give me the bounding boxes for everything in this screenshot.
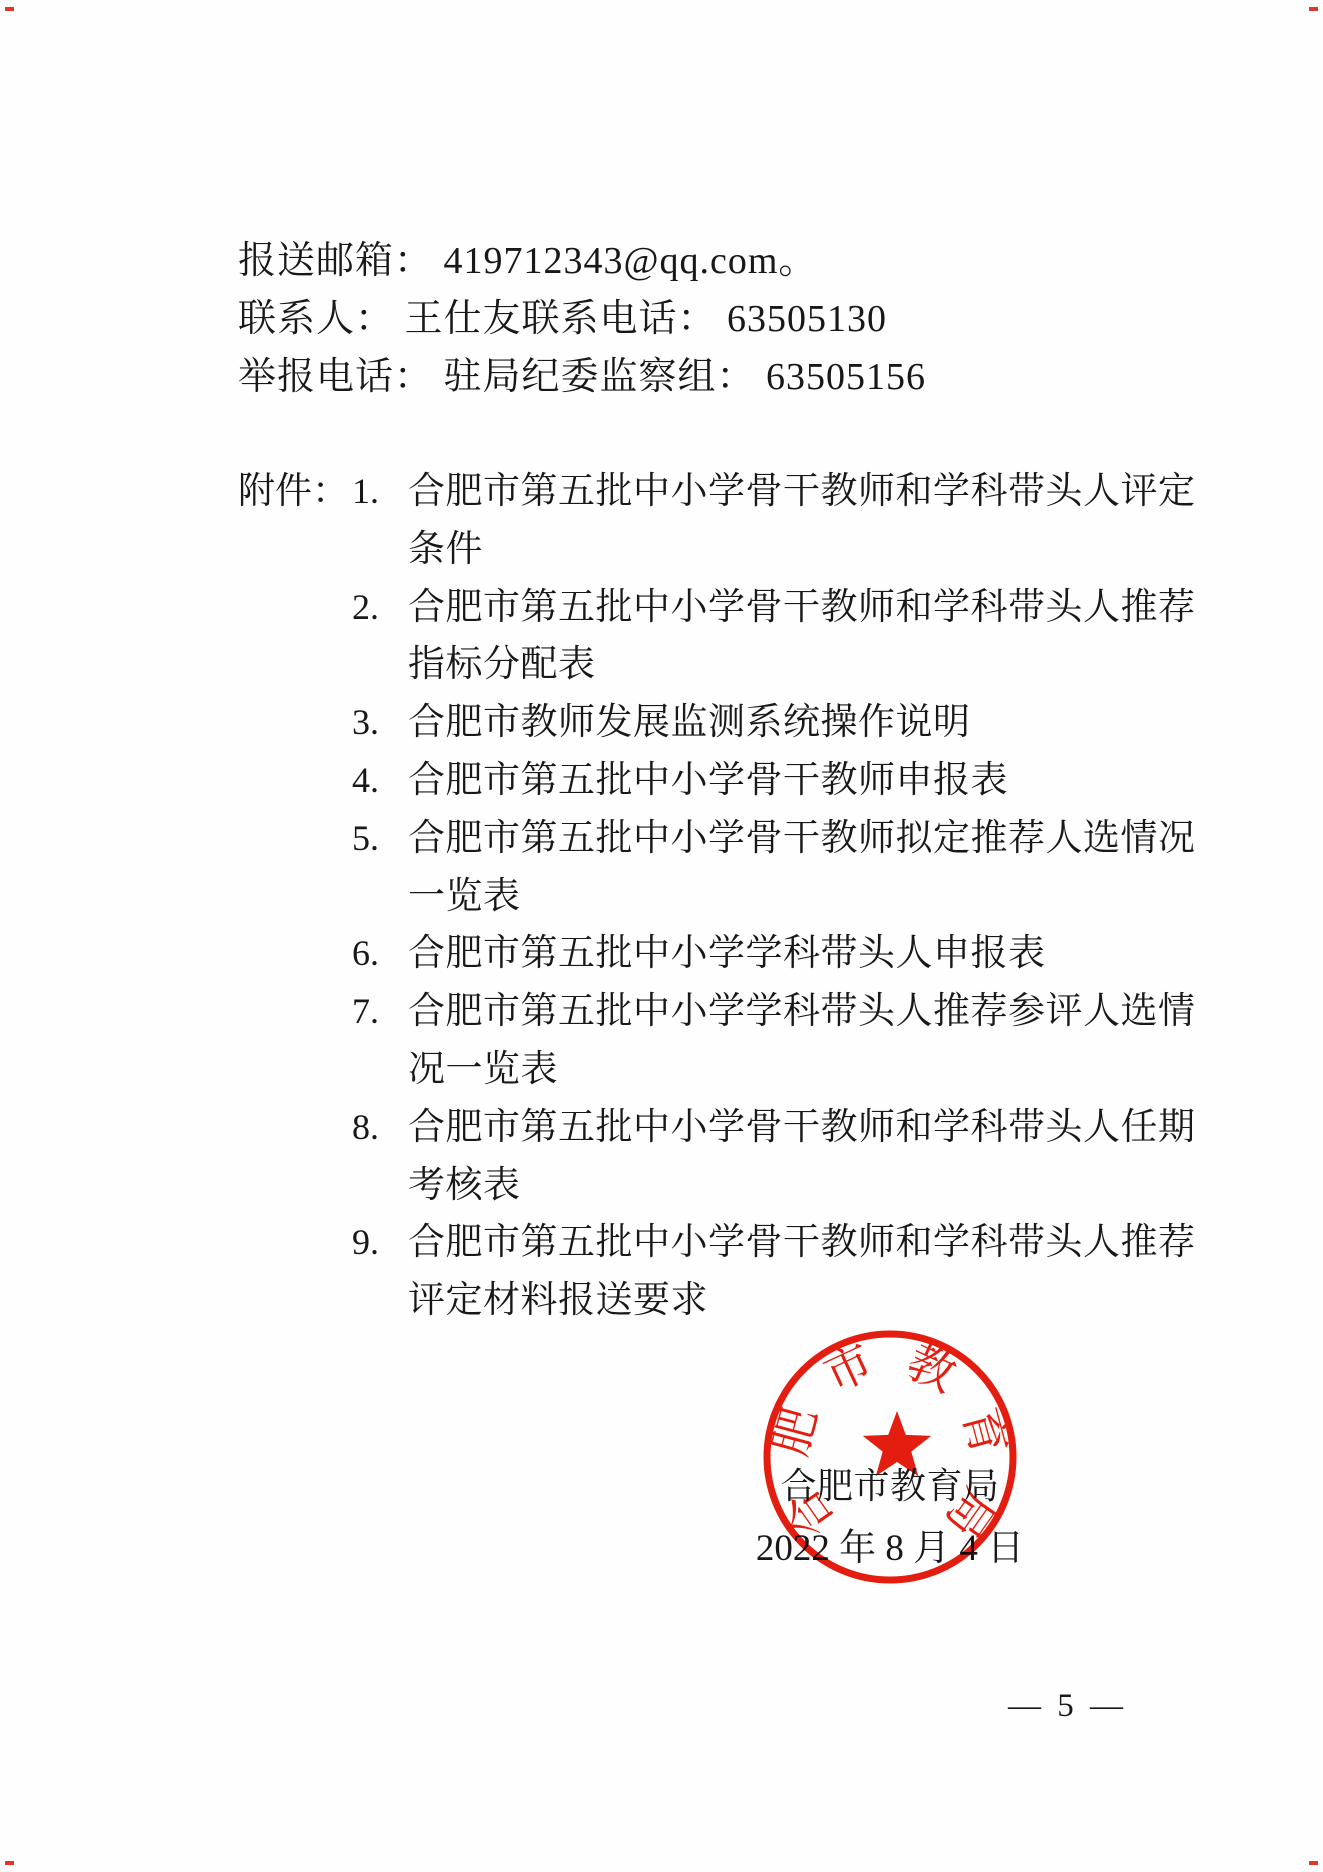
attachment-text: 合肥市第五批中小学骨干教师拟定推荐人选情况: [408, 818, 1196, 859]
page-number: — 5 —: [1008, 1688, 1127, 1725]
attachment-row: 9.合肥市第五批中小学骨干教师和学科带头人推荐: [352, 1214, 1196, 1272]
attachment-text: 合肥市第五批中小学骨干教师和学科带头人推荐: [408, 587, 1196, 628]
seal-star-icon: [863, 1411, 931, 1476]
attachment-row: 况一览表: [352, 1041, 1196, 1099]
contact-line-person: 联系人： 王仕友联系电话： 63505130: [238, 290, 926, 348]
attachments-label: 附件：: [238, 463, 349, 521]
attachment-text: 评定材料报送要求: [408, 1280, 708, 1321]
attachment-row: 1.合肥市第五批中小学骨干教师和学科带头人评定: [352, 463, 1196, 521]
corner-mark: [1309, 7, 1318, 11]
attachment-number: 1.: [352, 463, 408, 521]
attachment-number: 7.: [352, 983, 408, 1041]
attachment-number: 5.: [352, 810, 408, 868]
attachment-text: 合肥市第五批中小学骨干教师和学科带头人推荐: [408, 1222, 1196, 1263]
corner-mark: [1309, 1861, 1318, 1865]
seal-arc-char: 局: [935, 1479, 1005, 1547]
attachment-number: 4.: [352, 752, 408, 810]
attachment-text: 考核表: [408, 1165, 521, 1206]
attachment-row: 4.合肥市第五批中小学骨干教师申报表: [352, 752, 1196, 810]
seal-arc-char: 合: [776, 1479, 846, 1547]
corner-mark: [5, 1861, 14, 1865]
contact-block: 报送邮箱： 419712343@qq.com。 联系人： 王仕友联系电话： 63…: [238, 232, 926, 406]
attachment-text: 况一览表: [408, 1049, 558, 1090]
seal-arc-char: 育: [953, 1402, 1015, 1461]
seal-arc-char: 教: [899, 1336, 964, 1403]
attachments-list: 1.合肥市第五批中小学骨干教师和学科带头人评定 条件 2.合肥市第五批中小学骨干…: [352, 463, 1196, 1330]
attachment-row: 一览表: [352, 868, 1196, 926]
attachment-text: 合肥市第五批中小学学科带头人申报表: [408, 933, 1046, 974]
corner-mark: [5, 7, 14, 11]
attachment-row: 2.合肥市第五批中小学骨干教师和学科带头人推荐: [352, 579, 1196, 637]
attachment-number: 8.: [352, 1099, 408, 1157]
attachment-row: 7.合肥市第五批中小学学科带头人推荐参评人选情: [352, 983, 1196, 1041]
attachment-row: 5.合肥市第五批中小学骨干教师拟定推荐人选情况: [352, 810, 1196, 868]
attachment-text: 合肥市教师发展监测系统操作说明: [408, 702, 971, 743]
attachment-number: 2.: [352, 579, 408, 637]
attachment-row: 3.合肥市教师发展监测系统操作说明: [352, 694, 1196, 752]
attachment-number: 3.: [352, 694, 408, 752]
attachment-row: 考核表: [352, 1157, 1196, 1215]
official-seal: 合 肥 市 教 育 局: [748, 1315, 1032, 1599]
attachment-text: 合肥市第五批中小学骨干教师和学科带头人任期: [408, 1107, 1196, 1148]
seal-arc-char: 肥: [765, 1402, 827, 1461]
contact-line-email: 报送邮箱： 419712343@qq.com。: [238, 232, 926, 290]
attachment-row: 条件: [352, 521, 1196, 579]
attachment-row: 指标分配表: [352, 636, 1196, 694]
contact-line-report: 举报电话： 驻局纪委监察组： 63505156: [238, 348, 926, 406]
attachment-text: 一览表: [408, 876, 521, 917]
attachment-text: 指标分配表: [408, 644, 596, 685]
attachment-number: 9.: [352, 1214, 408, 1272]
attachment-text: 条件: [408, 529, 483, 570]
document-page: 报送邮箱： 419712343@qq.com。 联系人： 王仕友联系电话： 63…: [0, 0, 1323, 1872]
attachment-row: 8.合肥市第五批中小学骨干教师和学科带头人任期: [352, 1099, 1196, 1157]
attachment-row: 6.合肥市第五批中小学学科带头人申报表: [352, 925, 1196, 983]
attachment-text: 合肥市第五批中小学骨干教师和学科带头人评定: [408, 471, 1196, 512]
attachment-number: 6.: [352, 925, 408, 983]
attachment-text: 合肥市第五批中小学骨干教师申报表: [408, 760, 1008, 801]
attachment-text: 合肥市第五批中小学学科带头人推荐参评人选情: [408, 991, 1196, 1032]
seal-arc-char: 市: [817, 1336, 882, 1403]
